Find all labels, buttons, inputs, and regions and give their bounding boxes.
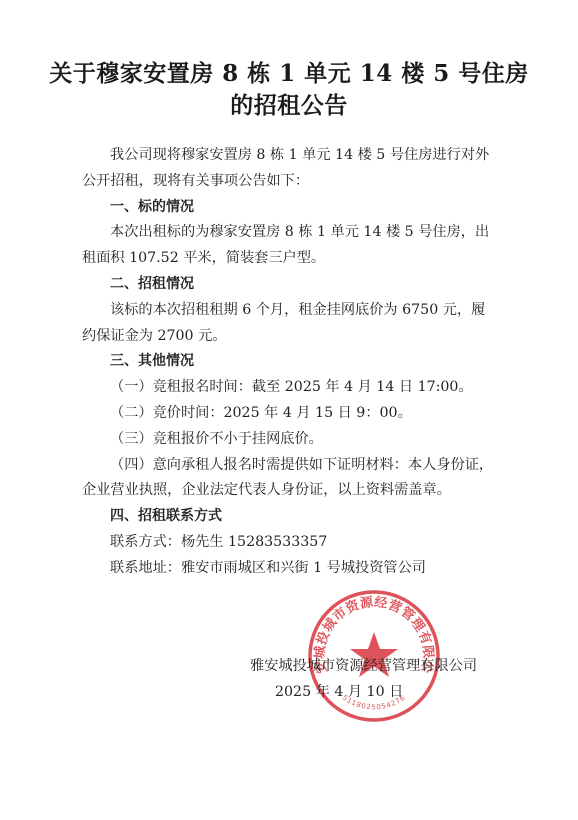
contact-address: 联系地址：雅安市雨城区和兴街 1 号城投资管公司	[82, 556, 498, 582]
document-body: 我公司现将穆家安置房 8 栋 1 单元 14 楼 5 号住房进行对外公开招租，现…	[82, 143, 498, 582]
section-heading-1: 一、标的情况	[82, 195, 498, 221]
section-3-item-4: （四）意向承租人报名时需提供如下证明材料：本人身份证，企业营业执照，企业法定代表…	[82, 453, 498, 505]
contact-person: 联系方式：杨先生 15283533357	[82, 530, 498, 556]
signature-block: 雅安城投城市资源经营管理有限公司 2025 年 4 月 10 日	[250, 654, 500, 706]
title-line-1: 关于穆家安置房 8 栋 1 单元 14 楼 5 号住房	[0, 58, 578, 90]
section-1-paragraph: 本次出租标的为穆家安置房 8 栋 1 单元 14 楼 5 号住房，出租面积 10…	[82, 220, 498, 272]
document-title: 关于穆家安置房 8 栋 1 单元 14 楼 5 号住房 的招租公告	[0, 58, 578, 122]
section-3-item-1: （一）竞租报名时间：截至 2025 年 4 月 14 日 17:00。	[82, 375, 498, 401]
signature-company: 雅安城投城市资源经营管理有限公司	[250, 654, 500, 680]
title-line-2: 的招租公告	[0, 90, 578, 122]
section-heading-3: 三、其他情况	[82, 349, 498, 375]
intro-paragraph: 我公司现将穆家安置房 8 栋 1 单元 14 楼 5 号住房进行对外公开招租，现…	[82, 143, 498, 195]
section-2-paragraph: 该标的本次招租租期 6 个月，租金挂网底价为 6750 元，履约保证金为 270…	[82, 298, 498, 350]
section-heading-2: 二、招租情况	[82, 272, 498, 298]
signature-date: 2025 年 4 月 10 日	[250, 680, 500, 706]
section-3-item-3: （三）竞租报价不小于挂网底价。	[82, 427, 498, 453]
section-3-item-2: （二）竞价时间：2025 年 4 月 15 日 9：00。	[82, 401, 498, 427]
section-heading-4: 四、招租联系方式	[82, 504, 498, 530]
